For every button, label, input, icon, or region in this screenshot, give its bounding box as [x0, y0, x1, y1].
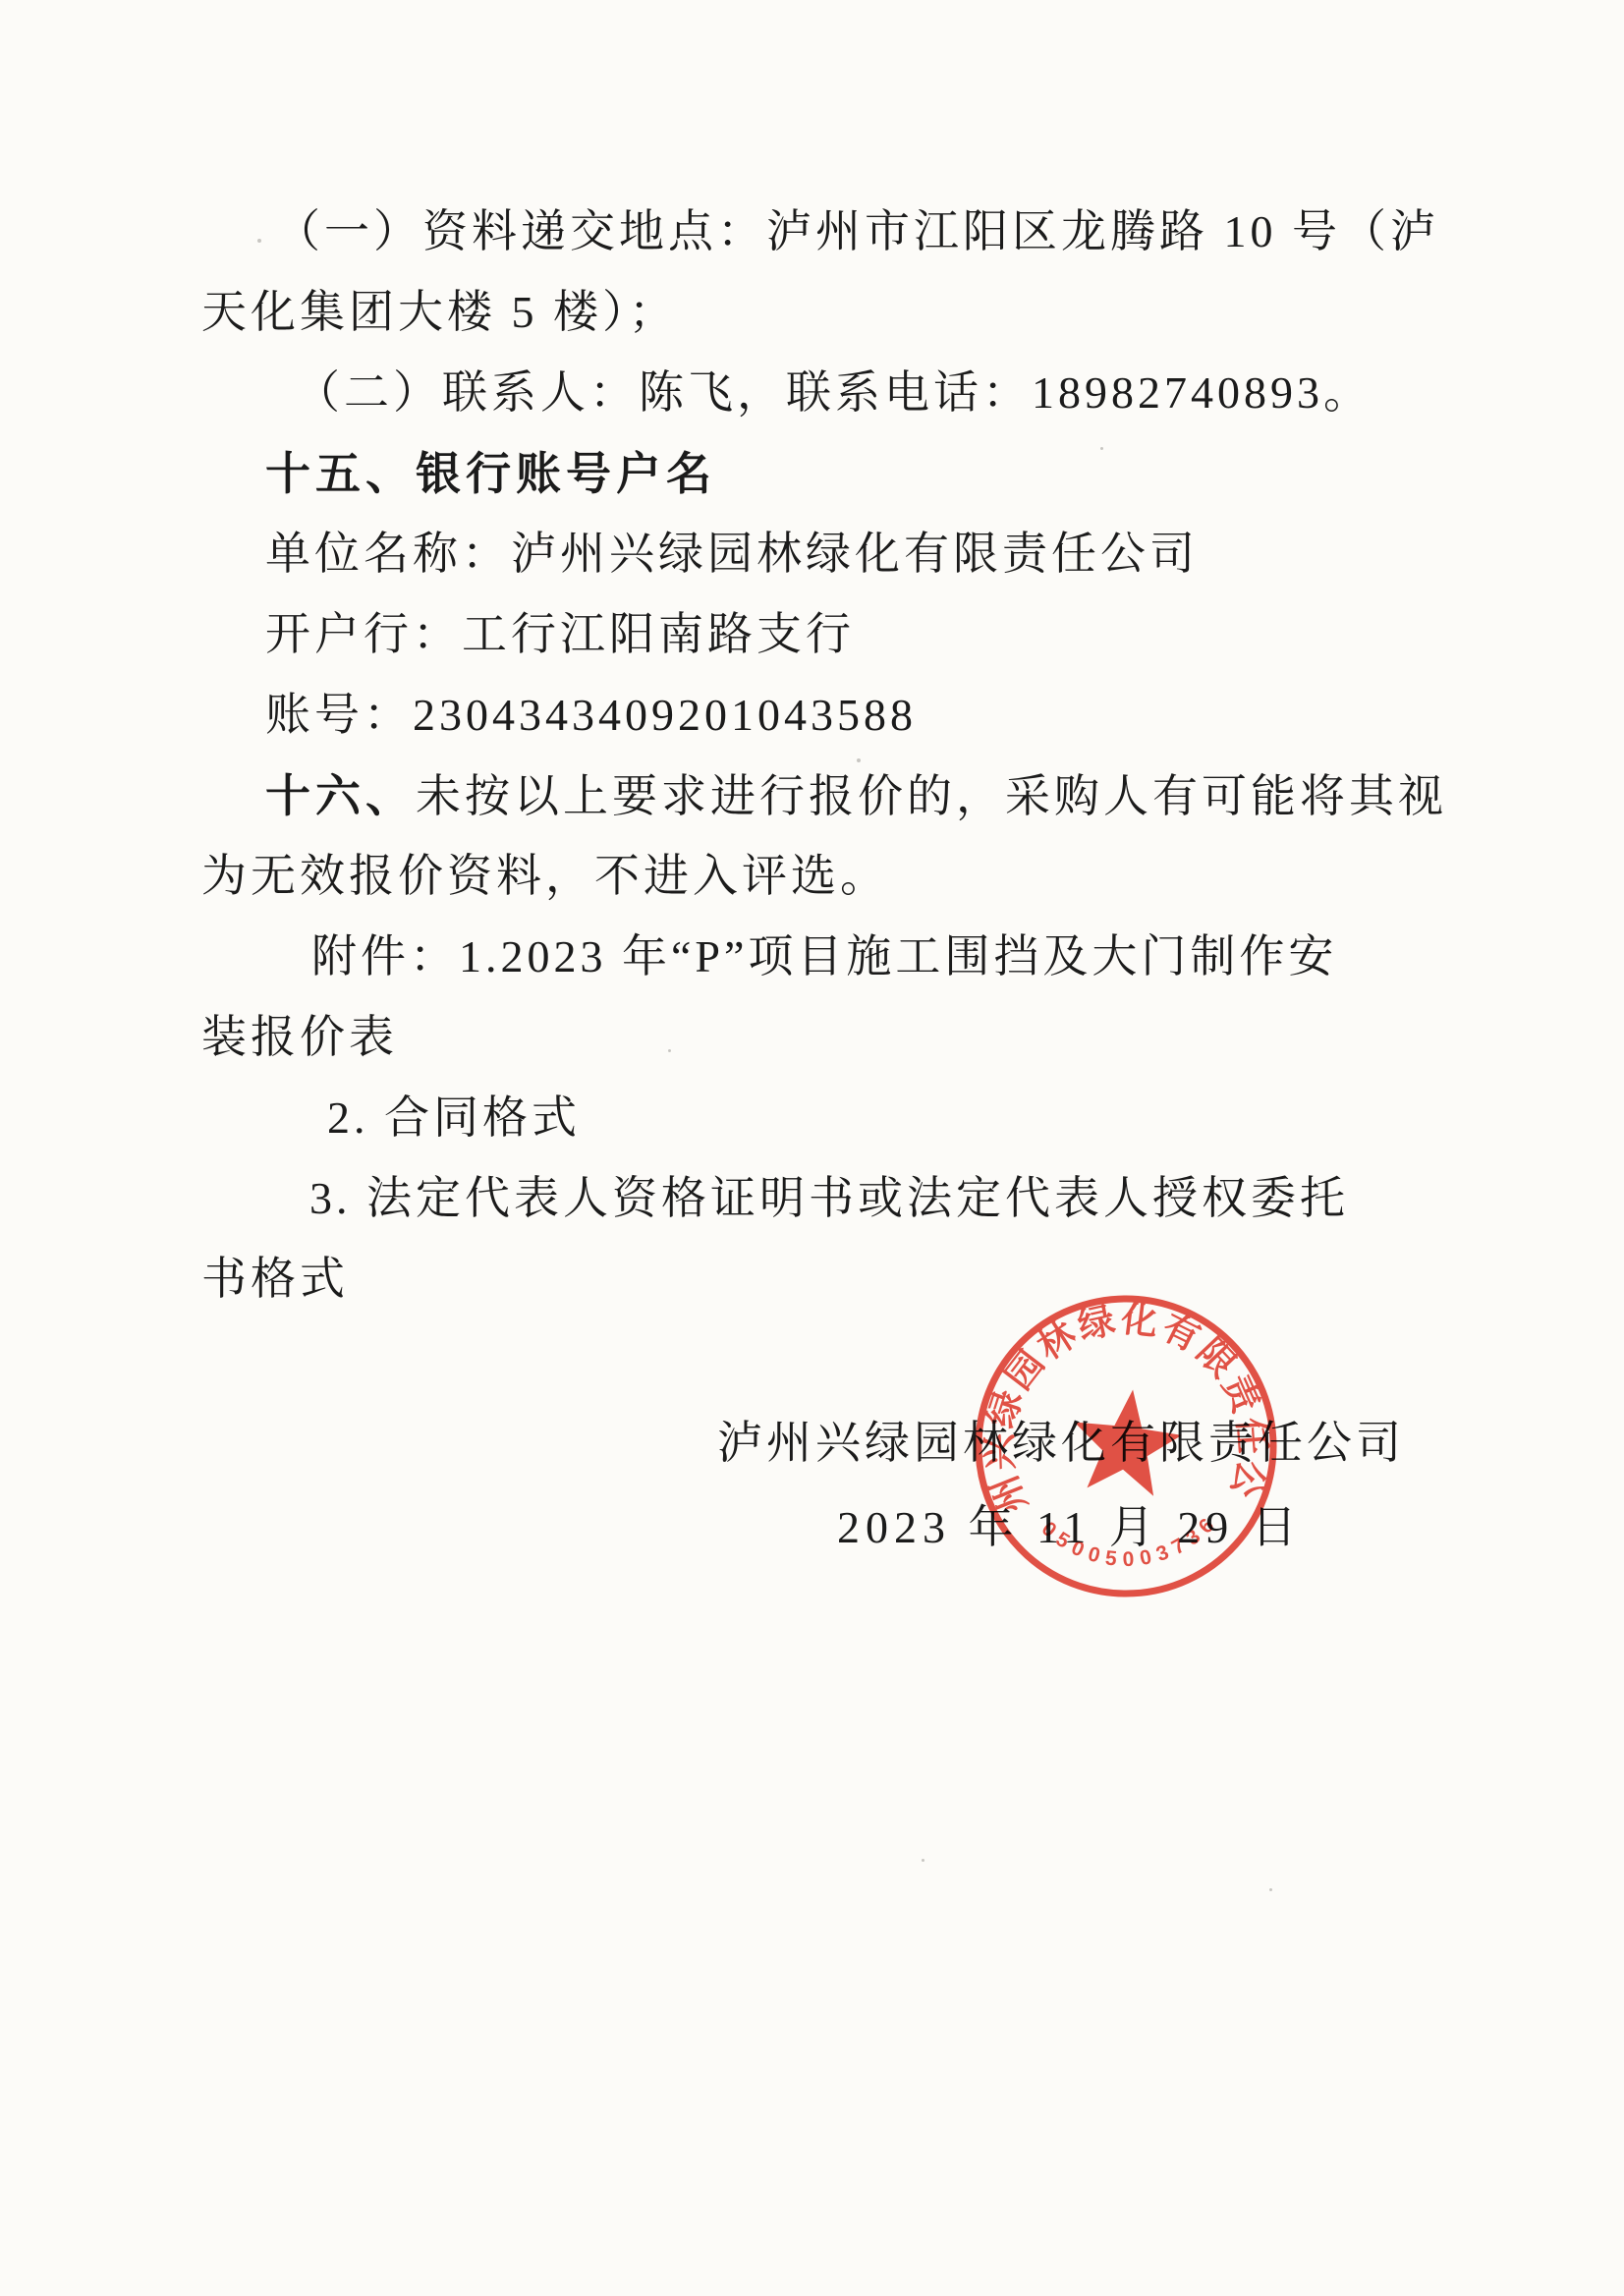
scan-speck — [1269, 1888, 1272, 1891]
scan-speck — [257, 239, 261, 243]
document-line: 账号：2304343409201043588 — [201, 685, 1469, 765]
body-text: 单位名称：泸州兴绿园林绿化有限责任公司 — [265, 529, 1199, 579]
body-text: 开户行：工行江阳南路支行 — [265, 609, 855, 659]
document-line: 3. 法定代表人资格证明书或法定代表人授权委托 — [201, 1168, 1469, 1249]
body-text: 装报价表 — [201, 1012, 398, 1062]
body-text: 书格式 — [201, 1254, 349, 1304]
body-text: 天化集团大楼 5 楼）； — [201, 287, 678, 337]
body-text: （二）联系人：陈飞，联系电话：18982740893。 — [295, 367, 1372, 418]
document-line: 天化集团大楼 5 楼）； — [201, 282, 1469, 363]
seal-serial-number: 05005003736 — [1036, 1508, 1225, 1575]
document-line: 十六、未按以上要求进行报价的，采购人有可能将其视 — [201, 765, 1469, 846]
body-text: （一）资料递交地点：泸州市江阳区龙腾路 10 号（泸 — [275, 206, 1439, 256]
document-line: （二）联系人：陈飞，联系电话：18982740893。 — [201, 363, 1469, 443]
document-line: 2. 合同格式 — [201, 1088, 1469, 1168]
document-lines: （一）资料递交地点：泸州市江阳区龙腾路 10 号（泸天化集团大楼 5 楼）；（二… — [201, 201, 1469, 1329]
scan-speck — [1100, 447, 1103, 450]
body-text: 未按以上要求进行报价的，采购人有可能将其视 — [416, 771, 1447, 821]
body-text: 3. 法定代表人资格证明书或法定代表人授权委托 — [309, 1173, 1349, 1223]
svg-text:05005003736: 05005003736 — [1036, 1508, 1225, 1575]
body-text: 附件：1.2023 年“P”项目施工围挡及大门制作安 — [311, 931, 1337, 981]
scan-speck — [668, 1049, 671, 1052]
body-text: 为无效报价资料，不进入评选。 — [201, 851, 889, 901]
scan-speck — [857, 758, 861, 762]
seal-star-icon — [1073, 1387, 1185, 1500]
document-line: 开户行：工行江阳南路支行 — [201, 604, 1469, 685]
scan-speck — [922, 1859, 924, 1862]
document-line: 附件：1.2023 年“P”项目施工围挡及大门制作安 — [201, 926, 1469, 1007]
heading-text: 十六、 — [265, 770, 416, 821]
document-line: （一）资料递交地点：泸州市江阳区龙腾路 10 号（泸 — [201, 201, 1469, 282]
body-text: 账号：2304343409201043588 — [265, 690, 917, 740]
document-line: 装报价表 — [201, 1007, 1469, 1088]
document-line: 十五、银行账号户名 — [201, 443, 1469, 524]
company-seal: 泸州兴绿园林绿化有限责任公司 05005003736 — [940, 1260, 1312, 1632]
scanned-document-page: （一）资料递交地点：泸州市江阳区龙腾路 10 号（泸天化集团大楼 5 楼）；（二… — [0, 0, 1624, 2296]
document-line: 单位名称：泸州兴绿园林绿化有限责任公司 — [201, 524, 1469, 604]
document-line: 为无效报价资料，不进入评选。 — [201, 846, 1469, 926]
body-text: 2. 合同格式 — [327, 1092, 581, 1143]
heading-text: 十五、银行账号户名 — [265, 448, 716, 499]
